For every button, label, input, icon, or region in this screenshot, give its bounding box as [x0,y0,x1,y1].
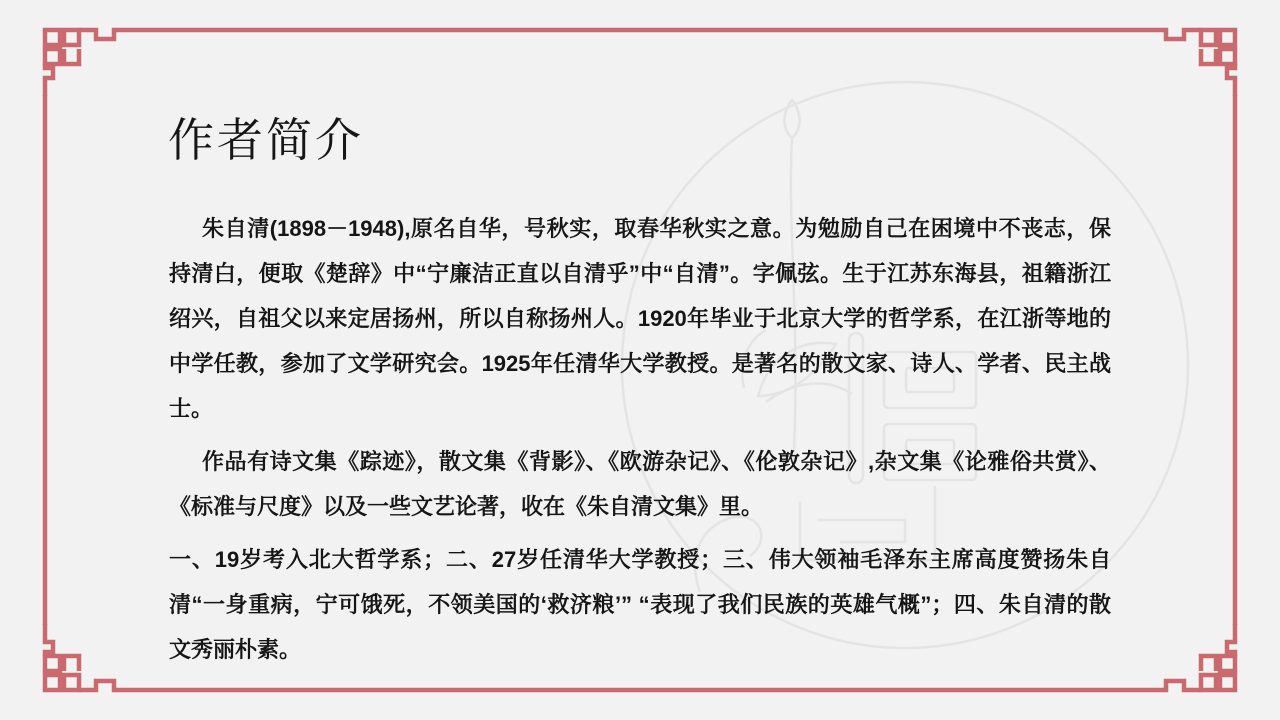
frame-corner-bottom-left [45,624,117,690]
frame-corner-bottom-right [1163,624,1235,690]
slide-title: 作者简介 [168,104,364,170]
paragraph-biography: 朱自清(1898－1948),原名自华，号秋实，取春华秋实之意。为勉励自己在困境… [169,206,1111,431]
frame-corner-top-left [45,30,117,96]
presentation-slide: 作者简介 朱自清(1898－1948),原名自华，号秋实，取春华秋实之意。为勉励… [0,0,1280,720]
paragraph-works: 作品有诗文集《踪迹》，散文集《背影》、《欧游杂记》、《伦敦杂记》,杂文集《论雅俗… [169,439,1111,529]
slide-body: 朱自清(1898－1948),原名自华，号秋实，取春华秋实之意。为勉励自己在困境… [169,206,1111,680]
frame-corner-top-right [1163,30,1235,96]
paragraph-highlights: 一、19岁考入北大哲学系；二、27岁任清华大学教授；三、伟大领袖毛泽东主席高度赞… [169,537,1111,672]
